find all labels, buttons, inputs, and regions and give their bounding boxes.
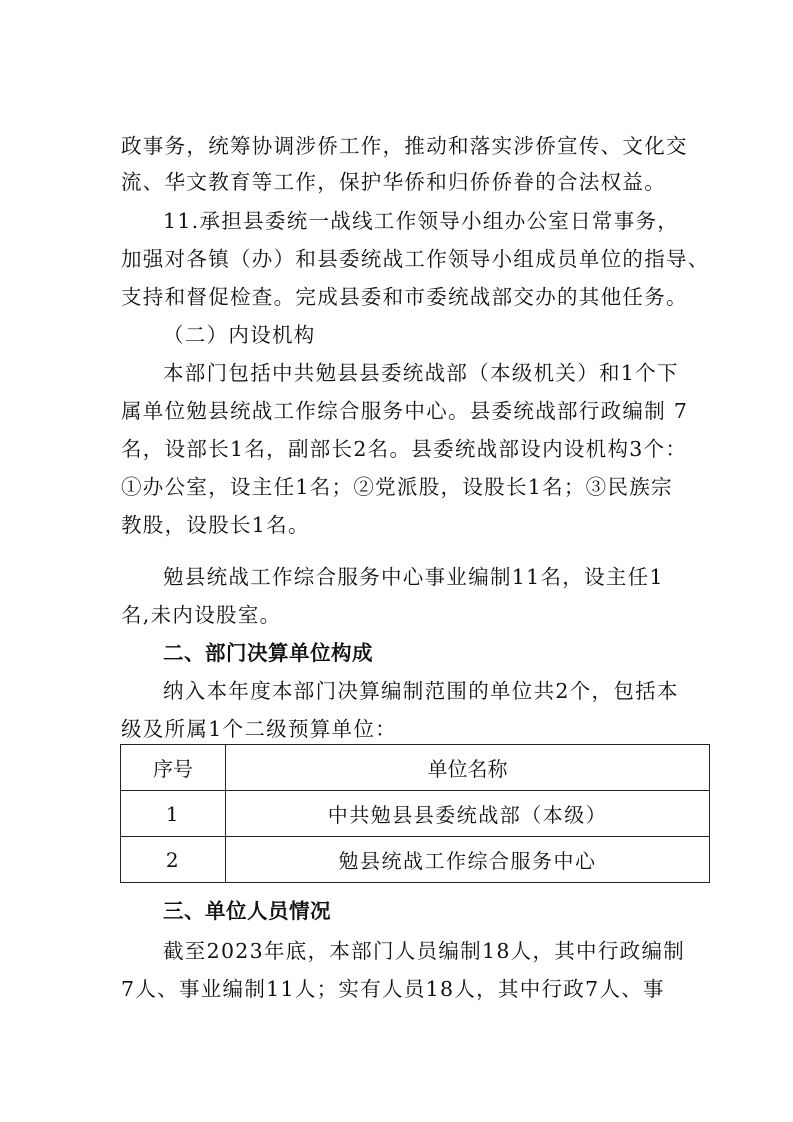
table-cell-index: 1 (121, 791, 226, 837)
table-cell-index: 2 (121, 837, 226, 883)
paragraph-line: ①办公室，设主任1名；②党派股，设股长1名；③民族宗 (121, 473, 711, 501)
paragraph-line: 教股，设股长1名。 (121, 511, 711, 539)
section-heading: 三、单位人员情况 (163, 897, 753, 925)
table-row: 2 勉县统战工作综合服务中心 (121, 837, 710, 883)
paragraph-line: 勉县统战工作综合服务中心事业编制11名，设主任1 (163, 563, 753, 591)
subsection-heading: （二）内设机构 (163, 321, 753, 349)
paragraph-line: 11.承担县委统一战线工作领导小组办公室日常事务， (163, 207, 753, 235)
paragraph-line: 截至2023年底，本部门人员编制18人，其中行政编制 (163, 937, 753, 965)
table-cell-unit-name: 中共勉县县委统战部（本级） (226, 791, 710, 837)
paragraph-line: 名，设部长1名，副部长2名。县委统战部设内设机构3个： (121, 435, 711, 463)
table-row: 1 中共勉县县委统战部（本级） (121, 791, 710, 837)
paragraph-line: 政事务，统筹协调涉侨工作，推动和落实涉侨宣传、文化交 (121, 132, 711, 160)
paragraph-line: 级及所属1个二级预算单位： (121, 715, 711, 743)
unit-table: 序号 单位名称 1 中共勉县县委统战部（本级） 2 勉县统战工作综合服务中心 (120, 744, 710, 883)
table-header-unit-name: 单位名称 (226, 745, 710, 791)
paragraph-line: 属单位勉县统战工作综合服务中心。县委统战部行政编制 7 (121, 397, 711, 425)
paragraph-line: 7人、事业编制11人；实有人员18人，其中行政7人、事 (121, 975, 711, 1003)
paragraph-line: 支持和督促检查。完成县委和市委统战部交办的其他任务。 (121, 283, 711, 311)
paragraph-line: 流、华文教育等工作，保护华侨和归侨侨眷的合法权益。 (121, 168, 711, 196)
paragraph-line: 加强对各镇（办）和县委统战工作领导小组成员单位的指导、 (121, 245, 711, 273)
paragraph-line: 纳入本年度本部门决算编制范围的单位共2个，包括本 (163, 677, 753, 705)
table-header-index: 序号 (121, 745, 226, 791)
table-cell-unit-name: 勉县统战工作综合服务中心 (226, 837, 710, 883)
paragraph-line: 本部门包括中共勉县县委统战部（本级机关）和1个下 (163, 359, 753, 387)
section-heading: 二、部门决算单位构成 (163, 639, 753, 667)
table-header-row: 序号 单位名称 (121, 745, 710, 791)
paragraph-line: 名,未内设股室。 (121, 601, 711, 629)
